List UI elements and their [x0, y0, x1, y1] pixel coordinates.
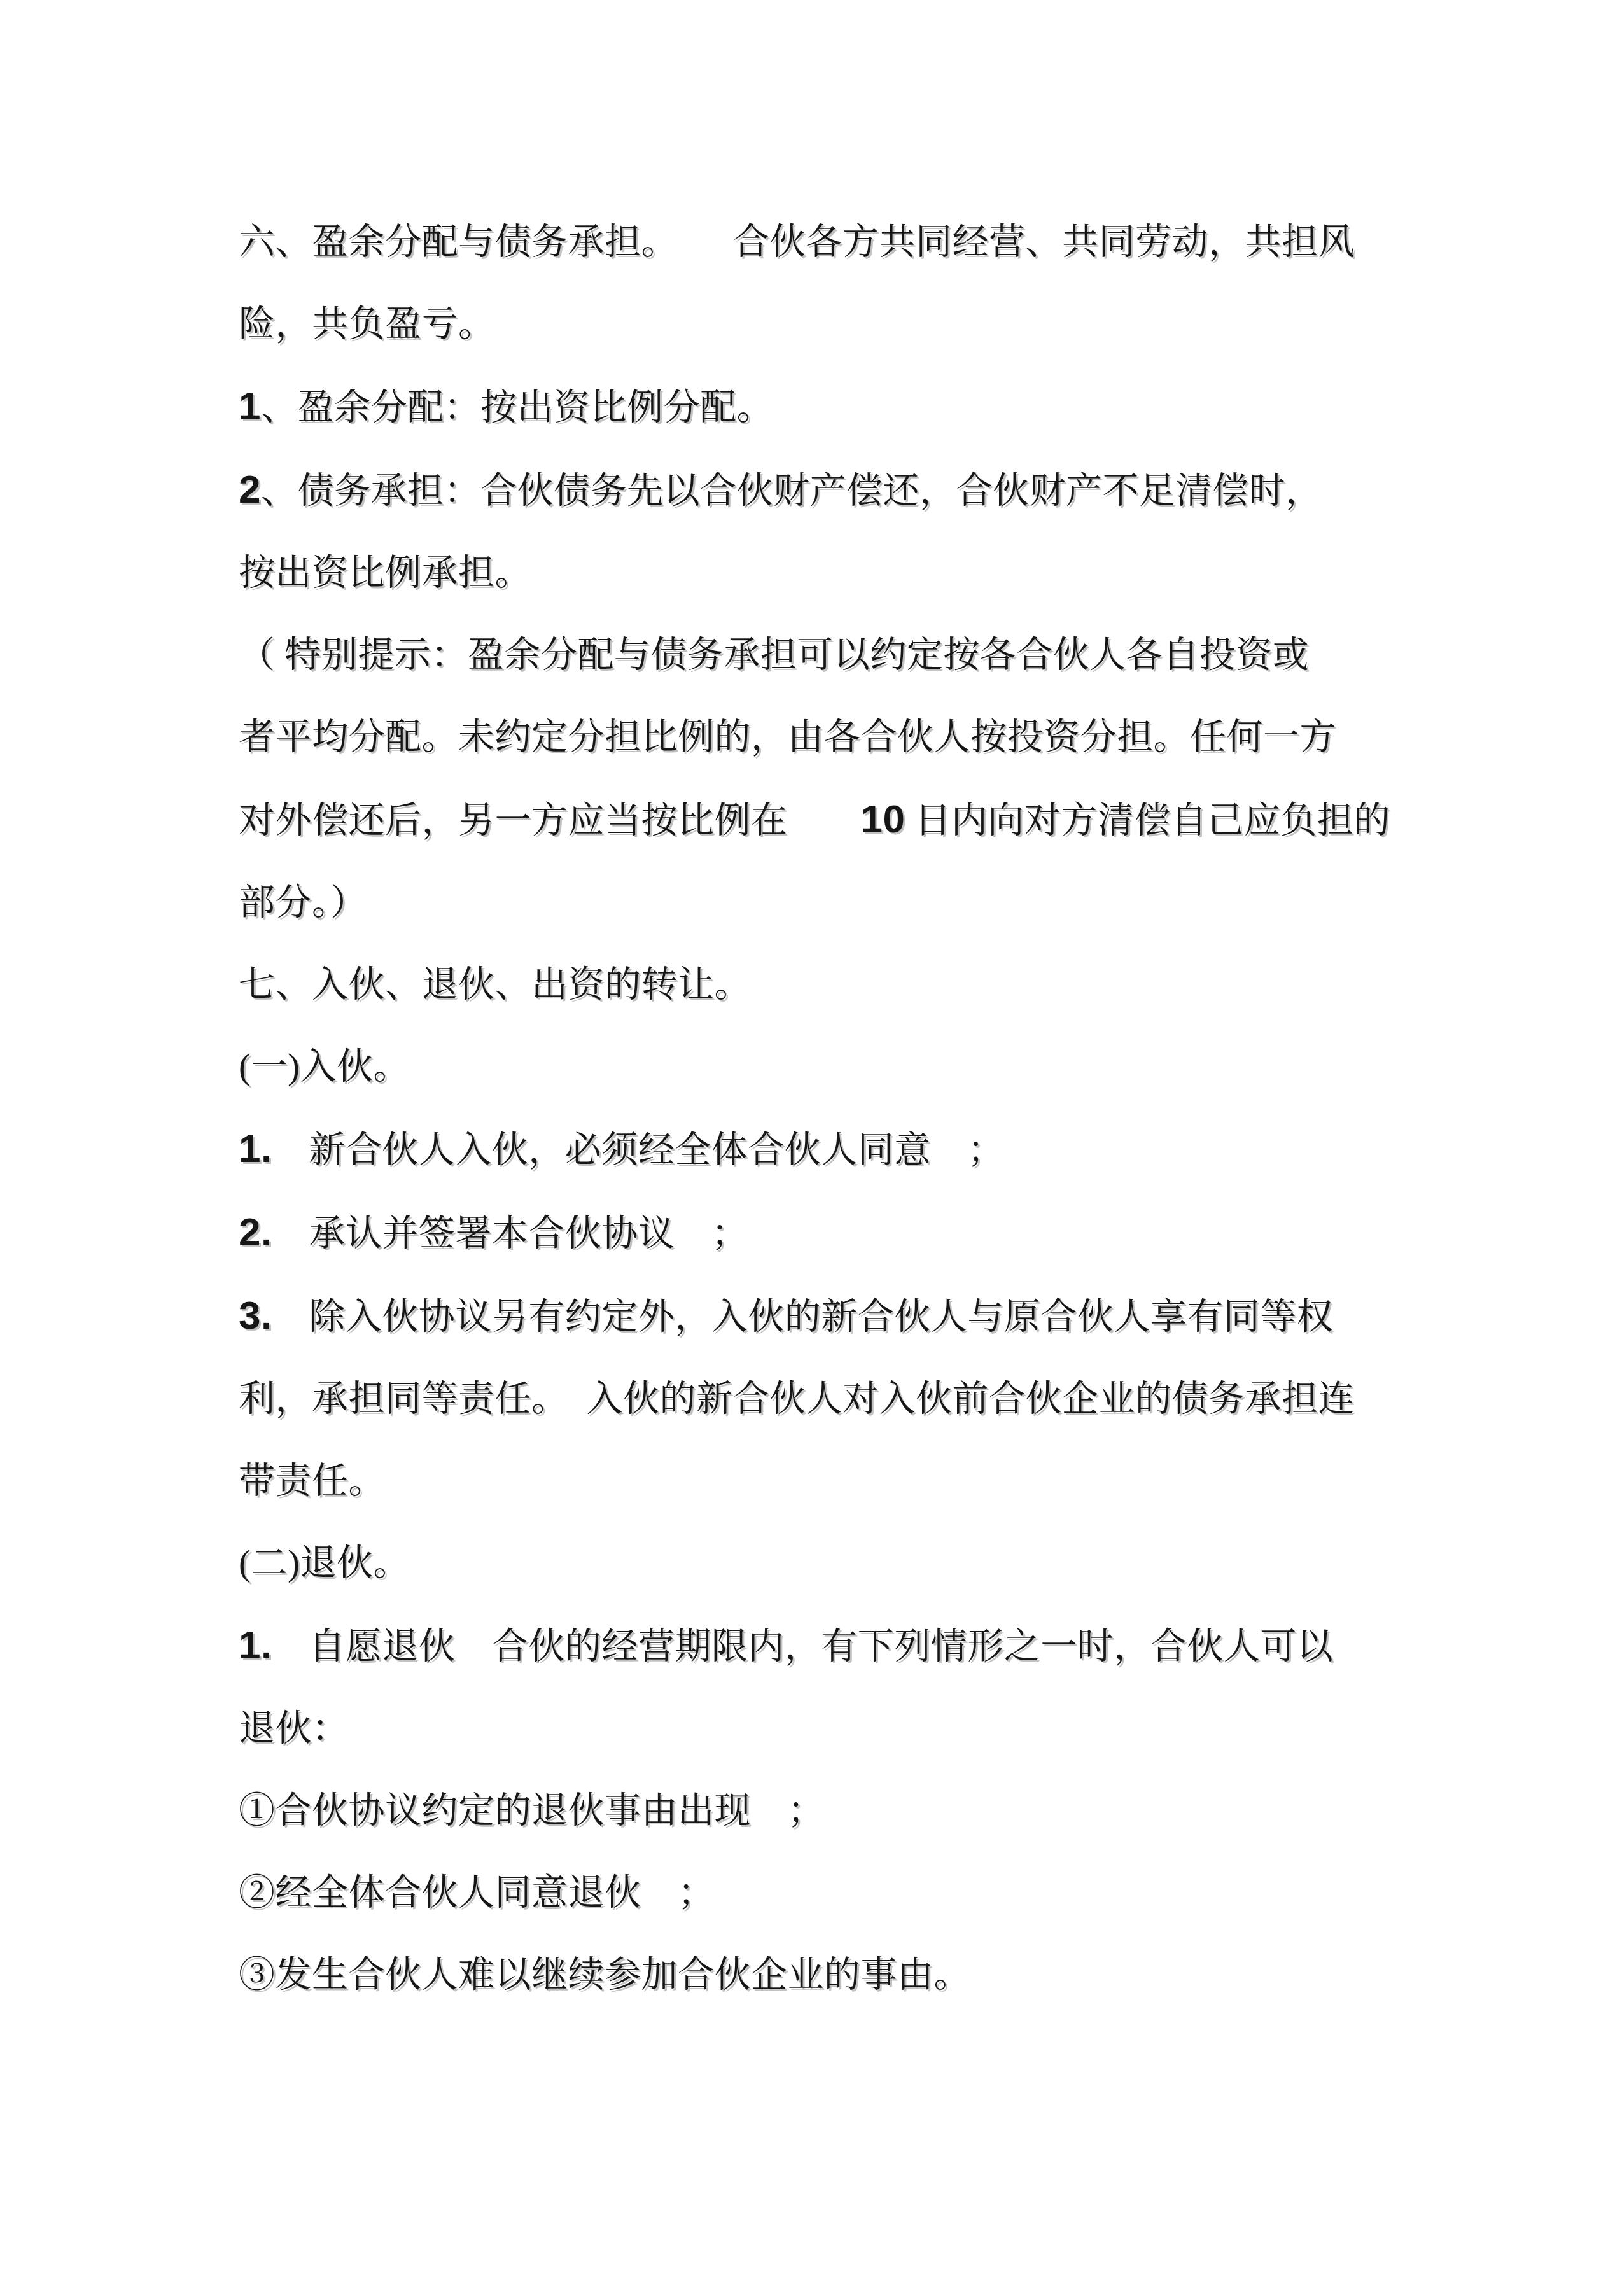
numeral-text: 1.	[239, 1623, 272, 1667]
document-page: 六、盈余分配与债务承担。 合伙各方共同经营、共同劳动，共担风险，共负盈亏。1、盈…	[0, 0, 1622, 2296]
document-line-14: 3. 除入伙协议另有约定外，入伙的新合伙人与原合伙人享有同等权	[239, 1275, 1380, 1358]
body-text: 按出资比例承担。	[239, 553, 531, 593]
document-line-2: 险，共负盈亏。	[239, 283, 1380, 365]
numeral-text: 1	[239, 384, 261, 428]
document-line-19: 退伙：	[239, 1688, 1380, 1770]
document-line-11: (一)入伙。	[239, 1026, 1380, 1108]
body-text: 、盈余分配：按出资比例分配。	[261, 388, 773, 428]
document-line-21: ②经全体合伙人同意退伙 ；	[239, 1852, 1380, 1934]
body-text: 日内向对方清偿自己应负担的	[905, 801, 1390, 841]
numeral-text: 2.	[239, 1210, 272, 1254]
body-text: 新合伙人入伙，必须经全体合伙人同意 ；	[272, 1130, 1004, 1170]
document-line-18: 1. 自愿退伙 合伙的经营期限内，有下列情形之一时，合伙人可以	[239, 1604, 1380, 1688]
body-text: 除入伙协议另有约定外，入伙的新合伙人与原合伙人享有同等权	[272, 1297, 1334, 1337]
document-line-1: 六、盈余分配与债务承担。 合伙各方共同经营、共同劳动，共担风	[239, 201, 1380, 283]
document-line-3: 1、盈余分配：按出资比例分配。	[239, 365, 1380, 449]
document-line-4: 2、债务承担：合伙债务先以合伙财产偿还，合伙财产不足清偿时，	[239, 449, 1380, 532]
numeral-text: 2	[239, 468, 261, 512]
document-line-12: 1. 新合伙人入伙，必须经全体合伙人同意 ；	[239, 1108, 1380, 1191]
body-text: 六、盈余分配与债务承担。 合伙各方共同经营、共同劳动，共担风	[239, 222, 1355, 262]
body-text: （ 特别提示：盈余分配与债务承担可以约定按各合伙人各自投资或	[239, 635, 1309, 675]
document-line-8: 对外偿还后，另一方应当按比例在 10 日内向对方清偿自己应负担的	[239, 778, 1380, 862]
body-text: 带责任。	[239, 1461, 385, 1501]
body-text: (二)退伙。	[239, 1543, 410, 1583]
document-line-22: ③发生合伙人难以继续参加合伙企业的事由。	[239, 1934, 1380, 2016]
document-line-13: 2. 承认并签署本合伙协议 ；	[239, 1191, 1380, 1275]
document-line-16: 带责任。	[239, 1440, 1380, 1522]
document-line-9: 部分。）	[239, 862, 1380, 944]
document-line-20: ①合伙协议约定的退伙事由出现 ；	[239, 1770, 1380, 1852]
document-line-5: 按出资比例承担。	[239, 532, 1380, 614]
document-body: 六、盈余分配与债务承担。 合伙各方共同经营、共同劳动，共担风险，共负盈亏。1、盈…	[239, 201, 1380, 2016]
numeral-text: 10	[861, 797, 905, 841]
document-line-6: （ 特别提示：盈余分配与债务承担可以约定按各合伙人各自投资或	[239, 614, 1380, 696]
body-text: 利，承担同等责任。 入伙的新合伙人对入伙前合伙企业的债务承担连	[239, 1379, 1355, 1419]
body-text: 承认并签署本合伙协议 ；	[272, 1214, 748, 1254]
document-line-15: 利，承担同等责任。 入伙的新合伙人对入伙前合伙企业的债务承担连	[239, 1358, 1380, 1440]
body-text: 七、入伙、退伙、出资的转让。	[239, 965, 751, 1005]
body-text: (一)入伙。	[239, 1047, 410, 1087]
body-text: 者平均分配。未约定分担比例的，由各合伙人按投资分担。任何一方	[239, 717, 1336, 757]
body-text: ③发生合伙人难以继续参加合伙企业的事由。	[239, 1955, 970, 1995]
numeral-text: 3.	[239, 1294, 272, 1338]
body-text: 险，共负盈亏。	[239, 304, 495, 344]
body-text: 、债务承担：合伙债务先以合伙财产偿还，合伙财产不足清偿时，	[261, 471, 1322, 511]
document-line-17: (二)退伙。	[239, 1522, 1380, 1604]
numeral-text: 1.	[239, 1127, 272, 1171]
body-text: 退伙：	[239, 1709, 349, 1749]
document-line-7: 者平均分配。未约定分担比例的，由各合伙人按投资分担。任何一方	[239, 696, 1380, 778]
body-text: 部分。）	[239, 883, 367, 923]
body-text: ②经全体合伙人同意退伙 ；	[239, 1873, 715, 1913]
body-text: 自愿退伙 合伙的经营期限内，有下列情形之一时，合伙人可以	[272, 1627, 1334, 1667]
body-text: 对外偿还后，另一方应当按比例在	[239, 801, 861, 841]
body-text: ①合伙协议约定的退伙事由出现 ；	[239, 1791, 824, 1831]
document-line-10: 七、入伙、退伙、出资的转让。	[239, 944, 1380, 1026]
